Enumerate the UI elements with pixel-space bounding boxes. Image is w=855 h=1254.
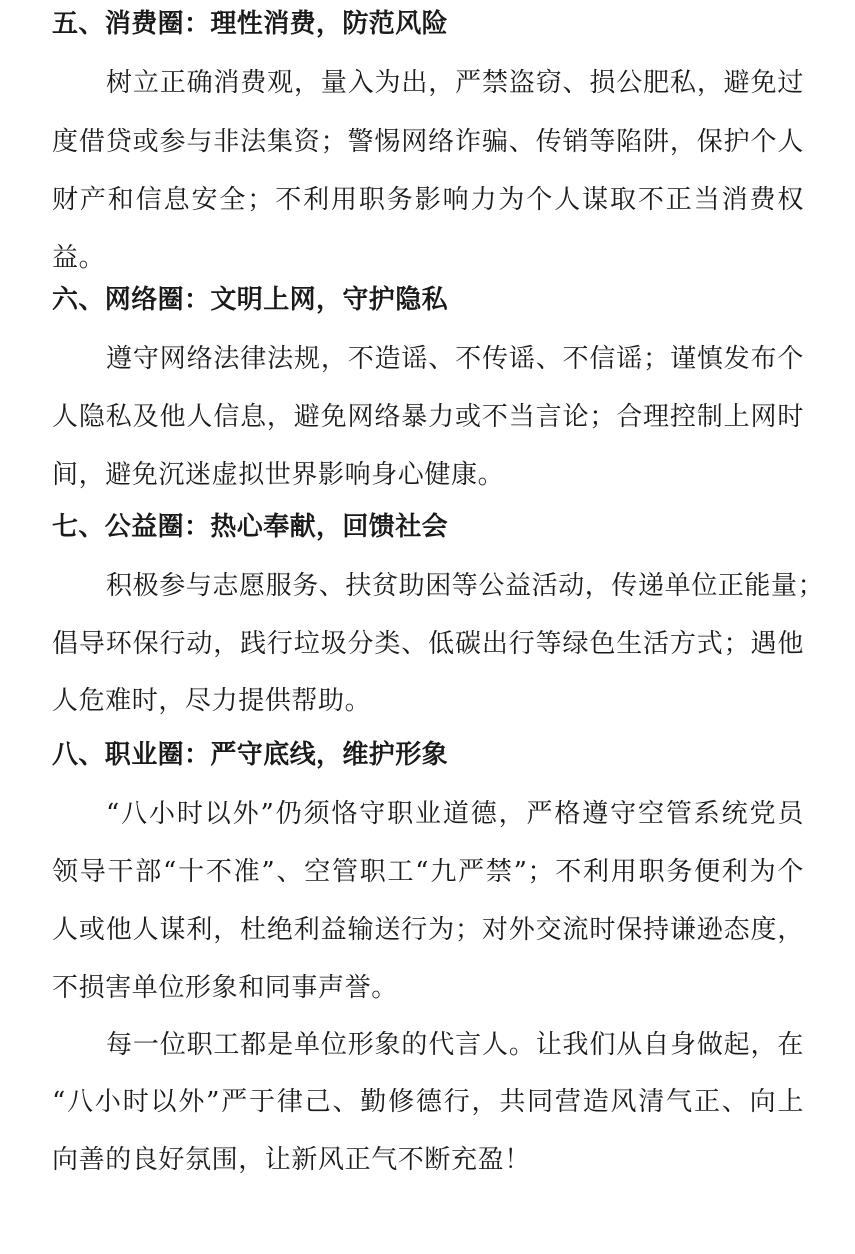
closing-line: 每一位职工都是单位形象的代言人。让我们从自身做起，在 (106, 1025, 804, 1065)
section-heading-charity: 七、公益圈：热心奉献，回馈社会 (52, 507, 448, 547)
paragraph-line: “八小时以外”仍须恪守职业道德，严格遵守空管系统党员 (106, 794, 804, 834)
paragraph-line: 领导干部“十不准”、空管职工“九严禁”；不利用职务便利为个 (52, 852, 804, 892)
paragraph-line: 财产和信息安全；不利用职务影响力为个人谋取不正当消费权 (52, 180, 804, 220)
paragraph-line: 间，避免沉迷虚拟世界影响身心健康。 (52, 455, 504, 495)
paragraph-line: 遵守网络法律法规，不造谣、不传谣、不信谣；谨慎发布个 (106, 339, 804, 379)
paragraph-line: 倡导环保行动，践行垃圾分类、低碳出行等绿色生活方式；遇他 (52, 624, 804, 664)
paragraph-line: 人危难时，尽力提供帮助。 (52, 681, 371, 721)
paragraph-line: 树立正确消费观，量入为出，严禁盗窃、损公肥私，避免过 (106, 63, 804, 103)
paragraph-line: 不损害单位形象和同事声誉。 (52, 968, 398, 1008)
paragraph-line: 人或他人谋利，杜绝利益输送行为；对外交流时保持谦逊态度， (52, 910, 804, 950)
section-heading-network: 六、网络圈：文明上网，守护隐私 (52, 280, 448, 320)
paragraph-line: 人隐私及他人信息，避免网络暴力或不当言论；合理控制上网时 (52, 397, 804, 437)
section-heading-consumption: 五、消费圈：理性消费，防范风险 (52, 4, 448, 44)
closing-line: “八小时以外”严于律己、勤修德行，共同营造风清气正、向上 (52, 1082, 804, 1122)
section-heading-professional: 八、职业圈：严守底线，维护形象 (52, 735, 448, 775)
closing-line: 向善的良好氛围，让新风正气不断充盈！ (52, 1140, 531, 1180)
paragraph-line: 益。 (52, 238, 105, 278)
paragraph-line: 积极参与志愿服务、扶贫助困等公益活动，传递单位正能量； (106, 566, 804, 606)
paragraph-line: 度借贷或参与非法集资；警惕网络诈骗、传销等陷阱，保护个人 (52, 122, 804, 162)
